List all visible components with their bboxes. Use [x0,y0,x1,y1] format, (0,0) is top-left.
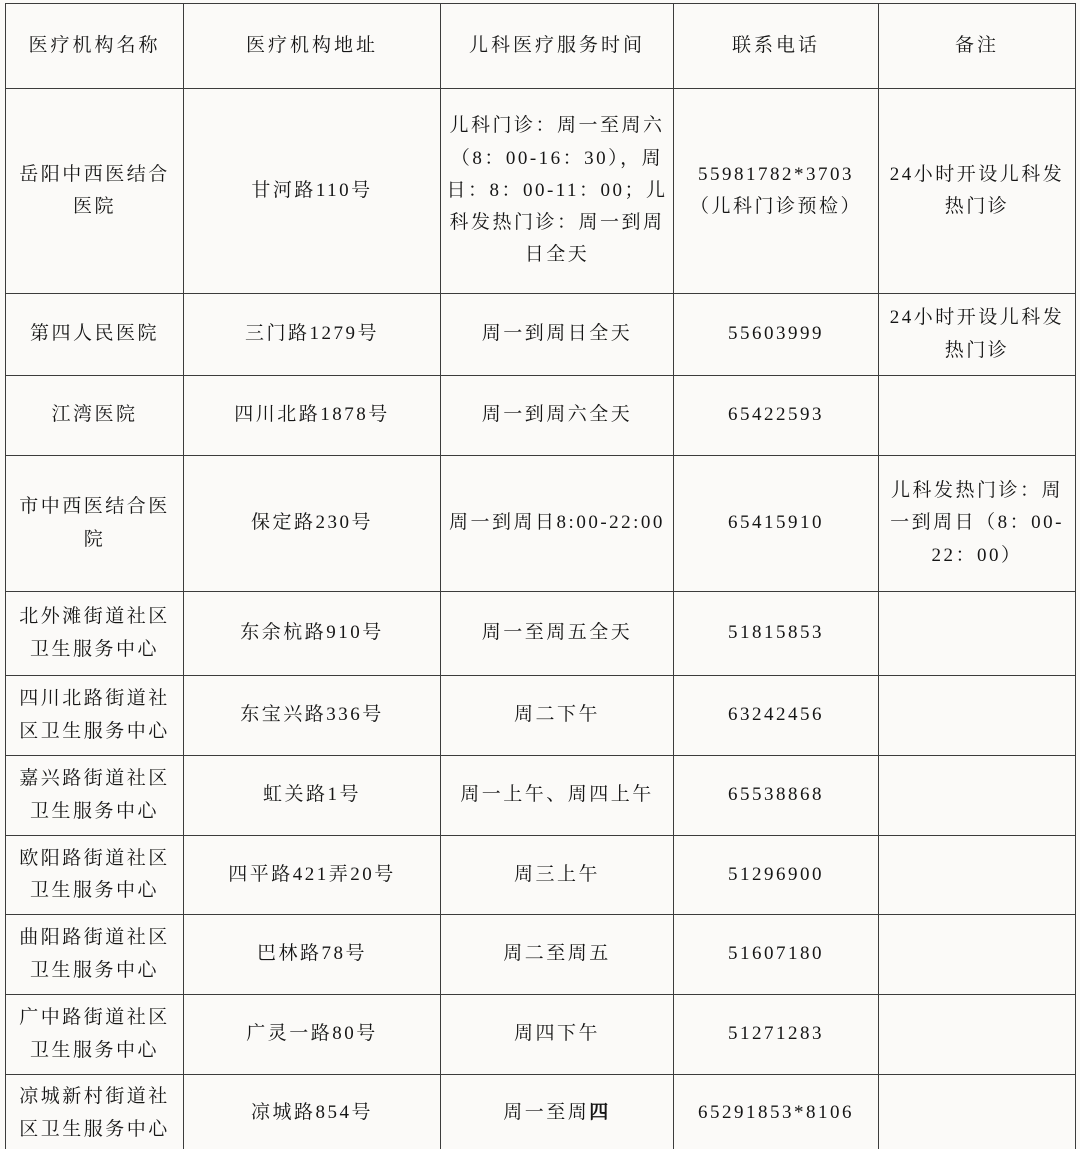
institution-name-cell: 北外滩街道社区卫生服务中心 [6,592,184,676]
institution-name-cell: 四川北路街道社区卫生服务中心 [6,676,184,756]
service-time-cell: 周三上午 [441,836,674,915]
address-cell: 四平路421弄20号 [184,836,441,915]
header-row: 医疗机构名称 医疗机构地址 儿科医疗服务时间 联系电话 备注 [6,4,1076,89]
address-cell: 保定路230号 [184,456,441,592]
address-cell: 凉城路854号 [184,1075,441,1149]
remark-cell [879,915,1076,995]
phone-cell: 65415910 [674,456,879,592]
institution-name-cell: 欧阳路街道社区卫生服务中心 [6,836,184,915]
service-time-cell: 周一至周五全天 [441,592,674,676]
remark-cell [879,995,1076,1075]
address-cell: 广灵一路80号 [184,995,441,1075]
phone-cell: 51815853 [674,592,879,676]
service-time-cell: 周一到周日8:00-22:00 [441,456,674,592]
phone-cell: 65538868 [674,756,879,836]
table-row: 广中路街道社区卫生服务中心 广灵一路80号 周四下午 51271283 [6,995,1076,1075]
remark-cell [879,376,1076,456]
remark-cell: 儿科发热门诊：周一到周日（8：00-22：00） [879,456,1076,592]
phone-cell: 63242456 [674,676,879,756]
remark-cell [879,676,1076,756]
table-row: 江湾医院 四川北路1878号 周一到周六全天 65422593 [6,376,1076,456]
header-institution-name: 医疗机构名称 [6,4,184,89]
table-row: 欧阳路街道社区卫生服务中心 四平路421弄20号 周三上午 51296900 [6,836,1076,915]
institution-name-cell: 江湾医院 [6,376,184,456]
phone-cell: 51271283 [674,995,879,1075]
header-remark: 备注 [879,4,1076,89]
institution-name-cell: 第四人民医院 [6,294,184,376]
table-row: 四川北路街道社区卫生服务中心 东宝兴路336号 周二下午 63242456 [6,676,1076,756]
service-time-cell: 周一到周六全天 [441,376,674,456]
remark-cell: 24小时开设儿科发热门诊 [879,294,1076,376]
phone-cell: 51607180 [674,915,879,995]
phone-cell: 65422593 [674,376,879,456]
table-row: 岳阳中西医结合医院 甘河路110号 儿科门诊：周一至周六（8：00-16：30）… [6,89,1076,294]
remark-cell [879,592,1076,676]
institution-name-cell: 广中路街道社区卫生服务中心 [6,995,184,1075]
institution-name-cell: 岳阳中西医结合医院 [6,89,184,294]
phone-cell: 55981782*3703（儿科门诊预检） [674,89,879,294]
remark-cell: 24小时开设儿科发热门诊 [879,89,1076,294]
header-phone: 联系电话 [674,4,879,89]
address-cell: 巴林路78号 [184,915,441,995]
service-time-bold-text: 四 [589,1102,611,1123]
table-row: 北外滩街道社区卫生服务中心 东余杭路910号 周一至周五全天 51815853 [6,592,1076,676]
remark-cell [879,836,1076,915]
service-time-cell: 儿科门诊：周一至周六（8：00-16：30），周日：8：00-11：00；儿科发… [441,89,674,294]
table-row: 曲阳路街道社区卫生服务中心 巴林路78号 周二至周五 51607180 [6,915,1076,995]
service-time-cell: 周四下午 [441,995,674,1075]
institution-name-cell: 曲阳路街道社区卫生服务中心 [6,915,184,995]
table-row: 嘉兴路街道社区卫生服务中心 虹关路1号 周一上午、周四上午 65538868 [6,756,1076,836]
header-service-time: 儿科医疗服务时间 [441,4,674,89]
address-cell: 三门路1279号 [184,294,441,376]
table-row: 市中西医结合医院 保定路230号 周一到周日8:00-22:00 6541591… [6,456,1076,592]
service-time-cell: 周二至周五 [441,915,674,995]
address-cell: 甘河路110号 [184,89,441,294]
phone-cell: 55603999 [674,294,879,376]
institution-name-cell: 嘉兴路街道社区卫生服务中心 [6,756,184,836]
remark-cell [879,756,1076,836]
remark-cell [879,1075,1076,1149]
service-time-cell: 周一至周四 [441,1075,674,1149]
service-time-cell: 周一到周日全天 [441,294,674,376]
address-cell: 虹关路1号 [184,756,441,836]
page: 医疗机构名称 医疗机构地址 儿科医疗服务时间 联系电话 备注 岳阳中西医结合医院… [0,0,1080,1149]
address-cell: 东余杭路910号 [184,592,441,676]
institution-name-cell: 凉城新村街道社区卫生服务中心 [6,1075,184,1149]
table-row: 第四人民医院 三门路1279号 周一到周日全天 55603999 24小时开设儿… [6,294,1076,376]
institution-name-cell: 市中西医结合医院 [6,456,184,592]
service-time-cell: 周一上午、周四上午 [441,756,674,836]
phone-cell: 51296900 [674,836,879,915]
medical-institutions-table: 医疗机构名称 医疗机构地址 儿科医疗服务时间 联系电话 备注 岳阳中西医结合医院… [5,3,1076,1149]
address-cell: 东宝兴路336号 [184,676,441,756]
service-time-text: 周一至周 [503,1102,589,1123]
service-time-cell: 周二下午 [441,676,674,756]
header-institution-address: 医疗机构地址 [184,4,441,89]
phone-cell: 65291853*8106 [674,1075,879,1149]
table-row: 凉城新村街道社区卫生服务中心 凉城路854号 周一至周四 65291853*81… [6,1075,1076,1149]
address-cell: 四川北路1878号 [184,376,441,456]
